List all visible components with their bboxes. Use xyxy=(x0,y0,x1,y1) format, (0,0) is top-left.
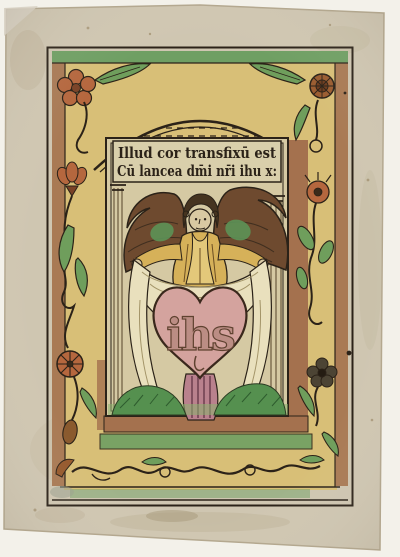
paper-vignette xyxy=(0,0,400,557)
vignette-overlay xyxy=(0,0,400,557)
woodcut-illustration: Illud cor transfixū est Cū lancea dm̄i n… xyxy=(0,0,400,557)
woodcut-scan: Illud cor transfixū est Cū lancea dm̄i n… xyxy=(0,0,400,557)
